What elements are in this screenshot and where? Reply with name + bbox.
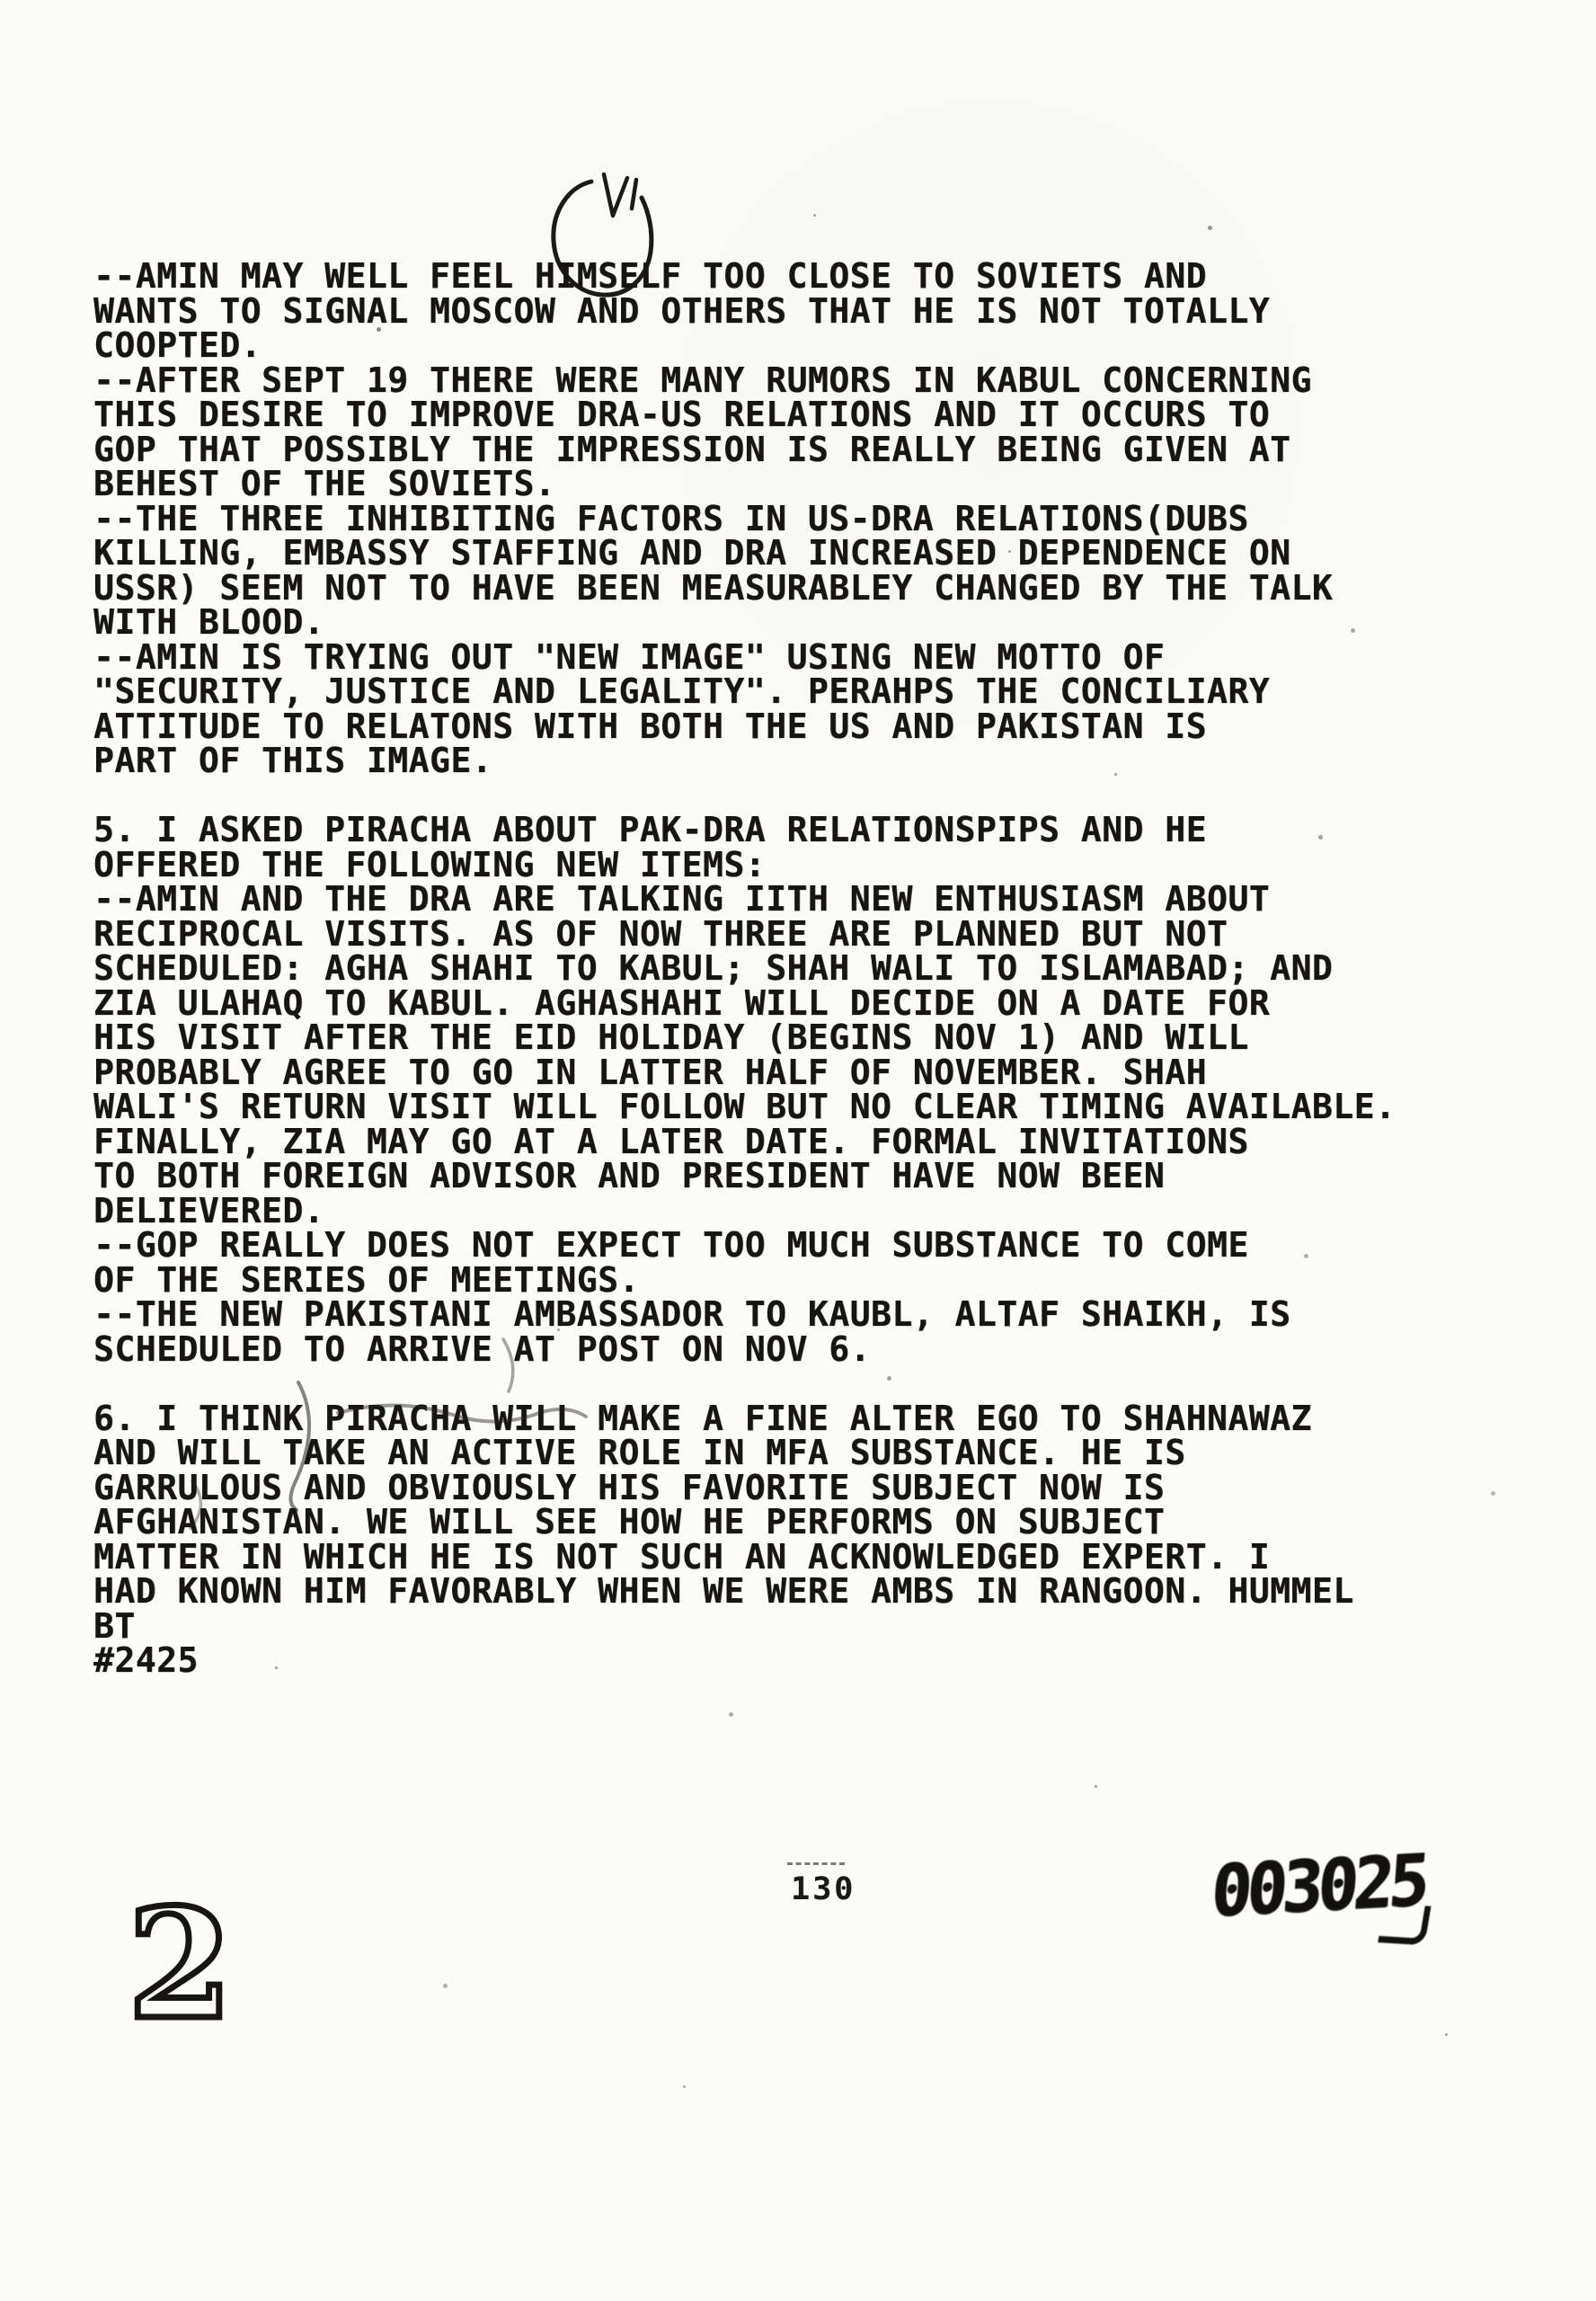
sheet-numeral-text: 2: [128, 1884, 226, 2046]
sheet-numeral: 2: [119, 1884, 226, 2046]
scan-noise-specks: [0, 0, 3, 3]
serial-number-stamp: 003025: [1209, 1840, 1427, 1933]
page-number: 130: [791, 1871, 856, 1907]
scanned-document-page: --AMIN MAY WELL FEEL HIMSELF TOO CLOSE T…: [0, 0, 1596, 2301]
document-text: --AMIN MAY WELL FEEL HIMSELF TOO CLOSE T…: [93, 259, 1396, 1678]
